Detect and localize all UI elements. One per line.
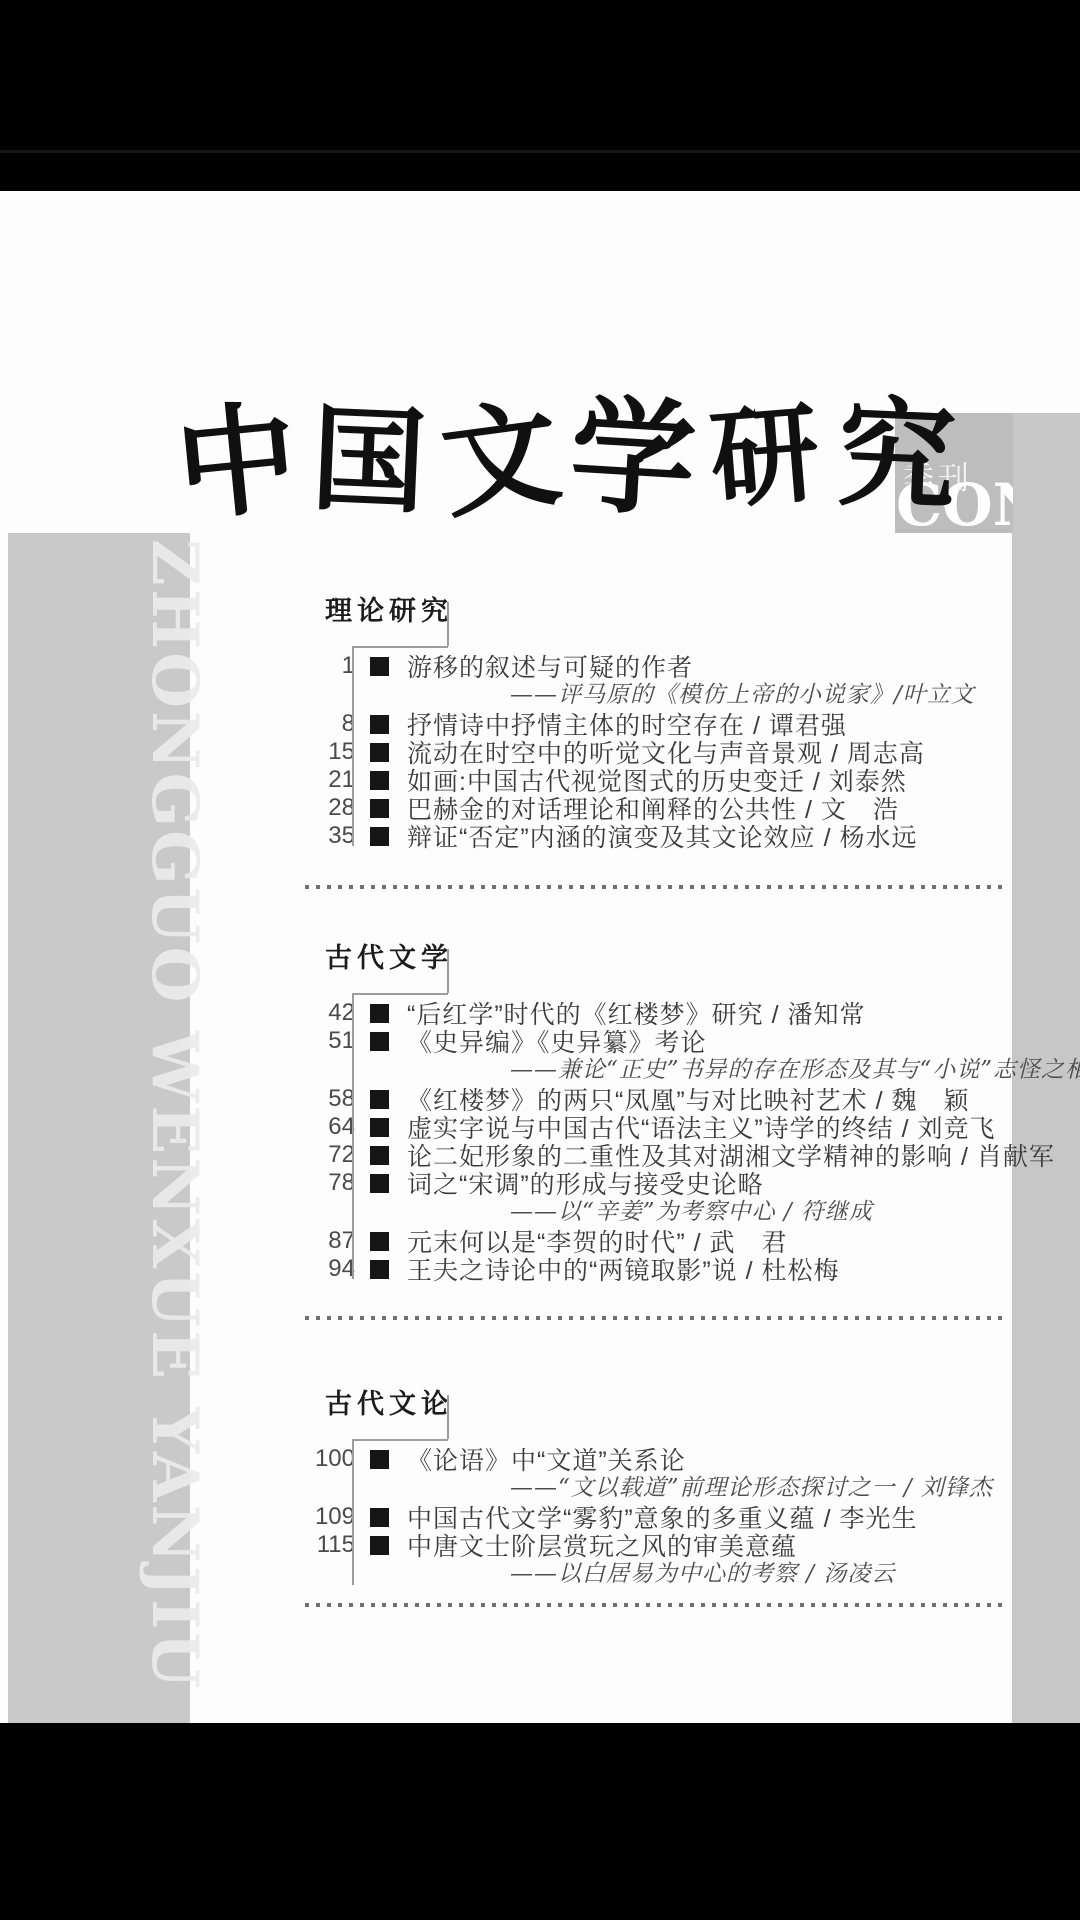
entry-title: 游移的叙述与可疑的作者 <box>407 648 693 684</box>
entry-square-marker <box>370 799 389 818</box>
bracket-vertical-line <box>352 646 354 846</box>
journal-contents-page: ZHONGGUO WENXUE YANJIU 季刊 CON 中国文学研究 理论研… <box>0 0 1080 1920</box>
masthead-char: 文 <box>433 373 570 545</box>
entry-page-number: 51 <box>305 1027 355 1055</box>
entry-list: 1游移的叙述与可疑的作者——评马原的《模仿上帝的小说家》/叶立文8抒情诗中抒情主… <box>305 652 1010 850</box>
toc-entry-row: 94王夫之诗论中的“两镜取影”说 / 杜松梅 <box>305 1255 1010 1283</box>
entry-title: 辩证“否定”内涵的演变及其文论效应 / 杨水远 <box>407 818 918 854</box>
entry-square-marker <box>370 715 389 734</box>
entry-square-marker <box>370 1174 389 1193</box>
entry-square-marker <box>370 1536 389 1555</box>
bottom-letterbox-bar <box>0 1723 1080 1920</box>
entry-page-number: 28 <box>305 794 355 822</box>
entry-square-marker <box>370 1090 389 1109</box>
pinyin-side-band: ZHONGGUO WENXUE YANJIU <box>8 533 190 1723</box>
entry-square-marker <box>370 1260 389 1279</box>
bracket-tick-line <box>447 949 449 993</box>
toc-entry-row: 78词之“宋调”的形成与接受史论略 <box>305 1169 1010 1197</box>
bracket-horizontal-line <box>352 646 448 648</box>
entry-title: 中唐文士阶层赏玩之风的审美意蕴 <box>407 1527 797 1563</box>
entry-page-number: 21 <box>305 766 355 794</box>
entry-page-number: 8 <box>305 710 355 738</box>
entry-square-marker <box>370 827 389 846</box>
section-title: 古代文学 <box>325 943 453 975</box>
entry-title: 《史异编》《史异纂》考论 <box>407 1023 707 1059</box>
entry-page-number: 58 <box>305 1085 355 1113</box>
bracket-horizontal-line <box>352 993 448 995</box>
dotted-separator <box>305 1603 1009 1607</box>
entry-list: 100《论语》中“文道”关系论——“文以载道”前理论形态探讨之一 / 刘锋杰10… <box>305 1445 1010 1589</box>
entry-square-marker <box>370 771 389 790</box>
entry-square-marker <box>370 1146 389 1165</box>
entry-square-marker <box>370 1118 389 1137</box>
entry-square-marker <box>370 743 389 762</box>
entry-page-number: 94 <box>305 1255 355 1283</box>
top-letterbox-bar <box>0 0 1080 191</box>
entry-title: 《论语》中“文道”关系论 <box>407 1441 686 1477</box>
section-title: 理论研究 <box>325 596 453 628</box>
dotted-separator <box>305 885 1009 889</box>
bracket-tick-line <box>447 1395 449 1439</box>
masthead-char: 中 <box>169 375 305 549</box>
bracket-horizontal-line <box>352 1439 448 1441</box>
entry-square-marker <box>370 1004 389 1023</box>
entry-page-number: 42 <box>305 999 355 1027</box>
entry-square-marker <box>370 1032 389 1051</box>
section-theory-research: 理论研究1游移的叙述与可疑的作者——评马原的《模仿上帝的小说家》/叶立文8抒情诗… <box>305 596 1010 850</box>
entry-square-marker <box>370 1508 389 1527</box>
entry-page-number: 78 <box>305 1169 355 1197</box>
toc-entry-row: 51《史异编》《史异纂》考论 <box>305 1027 1010 1055</box>
entry-page-number: 115 <box>305 1531 355 1559</box>
entry-page-number: 87 <box>305 1227 355 1255</box>
journal-calligraphy-title: 中国文学研究 <box>177 375 899 563</box>
masthead-char: 研 <box>705 379 825 534</box>
entry-square-marker <box>370 657 389 676</box>
section-ancient-literature: 古代文学42“后红学”时代的《红楼梦》研究 / 潘知常51《史异编》《史异纂》考… <box>305 943 1010 1283</box>
toc-entry-row: 1游移的叙述与可疑的作者 <box>305 652 1010 680</box>
entry-page-number: 64 <box>305 1113 355 1141</box>
section-title: 古代文论 <box>325 1389 453 1421</box>
masthead-char: 国 <box>308 381 429 541</box>
entry-page-number: 100 <box>305 1445 355 1473</box>
toc-entry-row: 35辩证“否定”内涵的演变及其文论效应 / 杨水远 <box>305 822 1010 850</box>
entry-page-number: 1 <box>305 652 355 680</box>
letterbox-seam <box>0 150 1080 153</box>
bracket-vertical-line <box>352 1439 354 1585</box>
entry-title: 王夫之诗论中的“两镜取影”说 / 杜松梅 <box>407 1251 840 1287</box>
scanned-page: ZHONGGUO WENXUE YANJIU 季刊 CON 中国文学研究 理论研… <box>0 191 1080 1723</box>
entry-subtitle: ——以白居易为中心的考察 / 汤凌云 <box>510 1559 1010 1589</box>
entry-page-number: 109 <box>305 1503 355 1531</box>
entry-list: 42“后红学”时代的《红楼梦》研究 / 潘知常51《史异编》《史异纂》考论——兼… <box>305 999 1010 1283</box>
bracket-vertical-line <box>352 993 354 1279</box>
entry-square-marker <box>370 1232 389 1251</box>
entry-page-number: 15 <box>305 738 355 766</box>
entry-page-number: 35 <box>305 822 355 850</box>
entry-title: 词之“宋调”的形成与接受史论略 <box>407 1165 764 1201</box>
masthead-char: 学 <box>565 370 700 547</box>
toc-entry-row: 100《论语》中“文道”关系论 <box>305 1445 1010 1473</box>
entry-square-marker <box>370 1450 389 1469</box>
section-ancient-literary-theory: 古代文论100《论语》中“文道”关系论——“文以载道”前理论形态探讨之一 / 刘… <box>305 1389 1010 1589</box>
bracket-tick-line <box>447 602 449 646</box>
pinyin-vertical-title: ZHONGGUO WENXUE YANJIU <box>137 539 212 1691</box>
masthead-char: 究 <box>835 373 960 538</box>
entry-page-number: 72 <box>305 1141 355 1169</box>
toc-entry-row: 115中唐文士阶层赏玩之风的审美意蕴 <box>305 1531 1010 1559</box>
dotted-separator <box>305 1316 1009 1320</box>
